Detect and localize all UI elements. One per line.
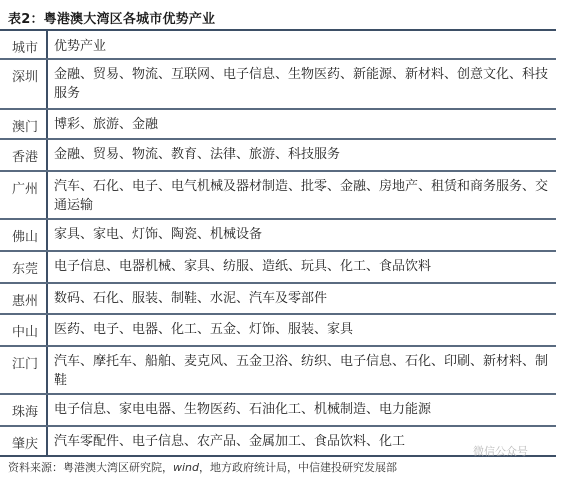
industries-cell: 数码、石化、服装、制鞋、水泥、汽车及零部件 — [48, 284, 556, 313]
table-row: 广州汽车、石化、电子、电气机械及器材制造、批零、金融、房地产、租赁和商务服务、交… — [0, 172, 556, 220]
city-cell: 肇庆 — [0, 427, 48, 455]
industries-cell: 金融、贸易、物流、互联网、电子信息、生物医药、新能源、新材料、创意文化、科技服务 — [48, 60, 556, 108]
city-cell: 珠海 — [0, 395, 48, 425]
header-city: 城市 — [0, 31, 48, 58]
table-row: 东莞电子信息、电器机械、家具、纺服、造纸、玩具、化工、食品饮料 — [0, 252, 556, 284]
industries-cell: 汽车、石化、电子、电气机械及器材制造、批零、金融、房地产、租赁和商务服务、交通运… — [48, 172, 556, 218]
header-industries: 优势产业 — [48, 31, 556, 58]
table-row: 珠海电子信息、家电电器、生物医药、石油化工、机械制造、电力能源 — [0, 395, 556, 427]
source-suffix: ，地方政府统计局，中信建投研究发展部 — [199, 461, 397, 474]
table-header-row: 城市 优势产业 — [0, 31, 556, 60]
table-row: 深圳金融、贸易、物流、互联网、电子信息、生物医药、新能源、新材料、创意文化、科技… — [0, 60, 556, 110]
source-prefix: 资料来源：粤港澳大湾区研究院， — [8, 461, 173, 474]
industries-cell: 电子信息、电器机械、家具、纺服、造纸、玩具、化工、食品饮料 — [48, 252, 556, 282]
table-row: 佛山家具、家电、灯饰、陶瓷、机械设备 — [0, 220, 556, 252]
table-row: 江门汽车、摩托车、船舶、麦克风、五金卫浴、纺织、电子信息、石化、印刷、新材料、制… — [0, 347, 556, 395]
industries-cell: 电子信息、家电电器、生物医药、石油化工、机械制造、电力能源 — [48, 395, 556, 425]
watermark: 微信公众号 — [473, 443, 528, 459]
source-note: 资料来源：粤港澳大湾区研究院，wind，地方政府统计局，中信建投研究发展部 — [8, 459, 397, 475]
city-cell: 惠州 — [0, 284, 48, 313]
source-italic: wind — [173, 461, 199, 474]
city-cell: 东莞 — [0, 252, 48, 282]
city-cell: 中山 — [0, 315, 48, 345]
table-row: 澳门博彩、旅游、金融 — [0, 110, 556, 140]
industries-cell: 博彩、旅游、金融 — [48, 110, 556, 138]
table-row: 香港金融、贸易、物流、教育、法律、旅游、科技服务 — [0, 140, 556, 172]
city-cell: 香港 — [0, 140, 48, 170]
industries-cell: 汽车、摩托车、船舶、麦克风、五金卫浴、纺织、电子信息、石化、印刷、新材料、制鞋 — [48, 347, 556, 393]
city-cell: 深圳 — [0, 60, 48, 108]
table-row: 中山医药、电子、电器、化工、五金、灯饰、服装、家具 — [0, 315, 556, 347]
industry-table: 城市 优势产业 深圳金融、贸易、物流、互联网、电子信息、生物医药、新能源、新材料… — [0, 29, 556, 457]
table-title: 表2：粤港澳大湾区各城市优势产业 — [8, 8, 215, 27]
city-cell: 佛山 — [0, 220, 48, 250]
city-cell: 江门 — [0, 347, 48, 393]
city-cell: 广州 — [0, 172, 48, 218]
industries-cell: 金融、贸易、物流、教育、法律、旅游、科技服务 — [48, 140, 556, 170]
city-cell: 澳门 — [0, 110, 48, 138]
table-row: 惠州数码、石化、服装、制鞋、水泥、汽车及零部件 — [0, 284, 556, 315]
industries-cell: 医药、电子、电器、化工、五金、灯饰、服装、家具 — [48, 315, 556, 345]
industries-cell: 家具、家电、灯饰、陶瓷、机械设备 — [48, 220, 556, 250]
